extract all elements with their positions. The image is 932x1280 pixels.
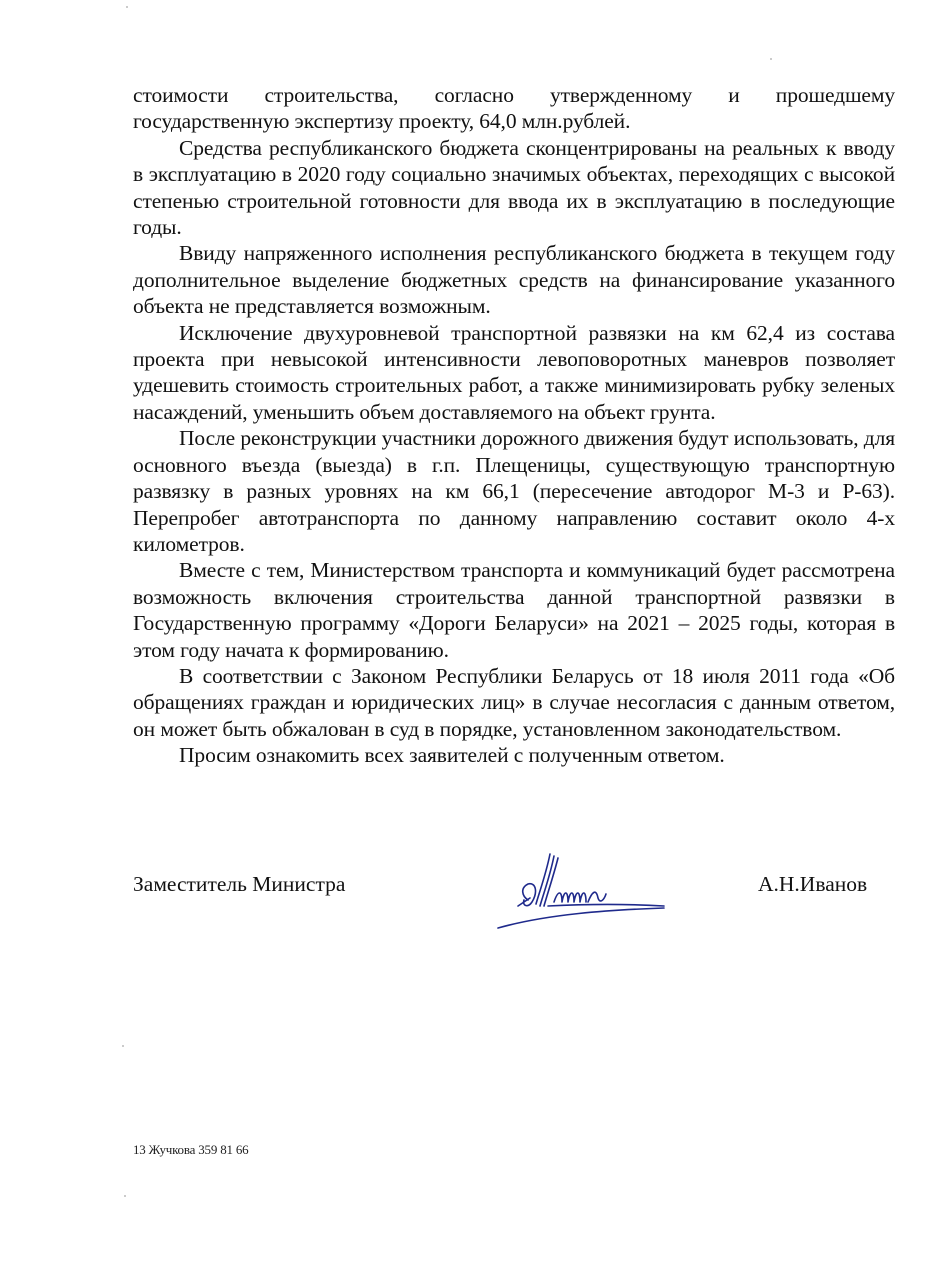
signatory-title: Заместитель Министра — [133, 872, 345, 897]
document-page: стоимости строительства, согласно утверж… — [0, 0, 932, 1280]
paragraph-6: Вместе с тем, Министерством транспорта и… — [133, 557, 895, 663]
paragraph-8: Просим ознакомить всех заявителей с полу… — [133, 742, 895, 768]
executor-note: 13 Жучкова 359 81 66 — [133, 1142, 248, 1158]
scan-speck — [122, 1045, 124, 1047]
paragraph-5: После реконструкции участники дорожного … — [133, 425, 895, 557]
scan-speck — [770, 58, 772, 60]
paragraph-4: Исключение двухуровневой транспортной ра… — [133, 320, 895, 426]
letter-body: стоимости строительства, согласно утверж… — [133, 82, 895, 769]
paragraph-3: Ввиду напряженного исполнения республика… — [133, 240, 895, 319]
signatory-name: А.Н.Иванов — [758, 872, 867, 897]
paragraph-7: В соответствии с Законом Республики Бела… — [133, 663, 895, 742]
scan-speck — [126, 6, 128, 8]
paragraph-2: Средства республиканского бюджета сконце… — [133, 135, 895, 241]
signature-block: Заместитель Министра А.Н.Иванов — [133, 872, 895, 932]
scan-speck — [124, 1195, 126, 1197]
handwritten-signature-icon — [488, 846, 668, 936]
paragraph-1: стоимости строительства, согласно утверж… — [133, 82, 895, 135]
